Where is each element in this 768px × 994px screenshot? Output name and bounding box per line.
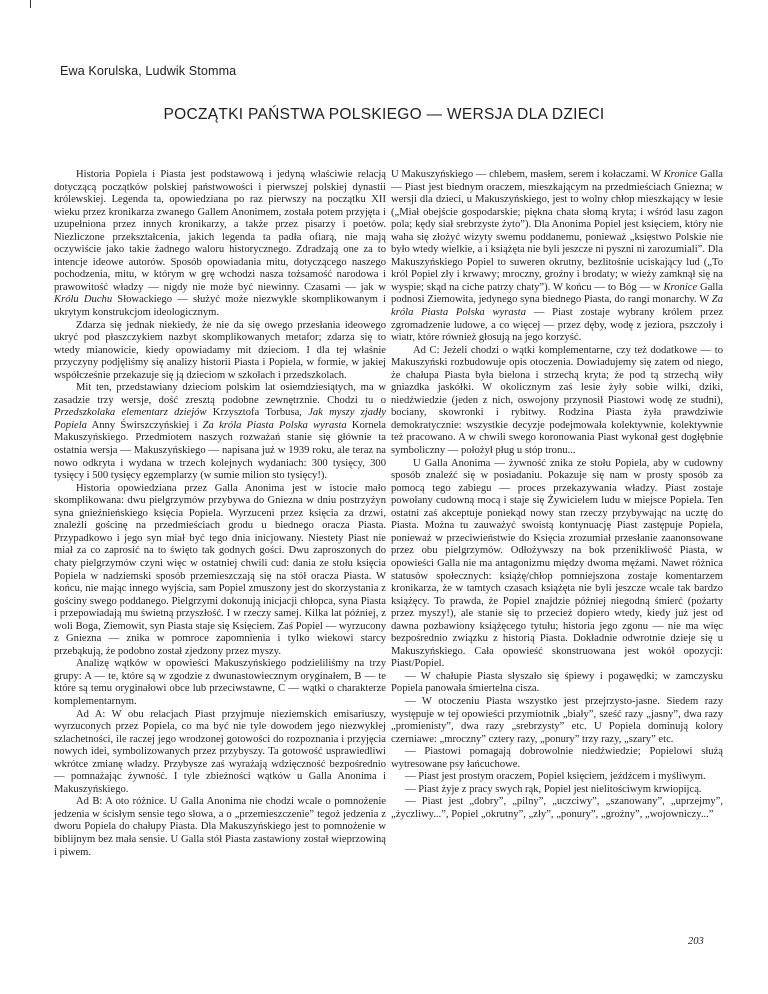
page-edge-mark <box>30 0 31 8</box>
right-column: U Makuszyńskiego — chlebem, masłem, sere… <box>391 169 723 821</box>
paragraph: Ad A: W obu relacjach Piast przyjmuje ni… <box>54 709 386 797</box>
paragraph: — W chałupie Piasta słyszało się śpiewy … <box>391 671 723 696</box>
paragraph: — W otoczeniu Piasta wszystko jest przej… <box>391 696 723 746</box>
italic-title: Kronice <box>664 169 698 180</box>
page-number: 203 <box>688 936 704 947</box>
italic-title: Za króla Piasta Polska wyrasta <box>203 420 347 431</box>
paragraph: U Makuszyńskiego — chlebem, masłem, sere… <box>391 169 723 345</box>
article-authors: Ewa Korulska, Ludwik Stomma <box>60 64 236 78</box>
italic-title: Przedszkolaka elementarz dziejów <box>54 407 207 418</box>
paragraph: Ad B: A oto różnice. U Galla Anonima nie… <box>54 796 386 859</box>
paragraph: Historia opowiedziana przez Galla Anonim… <box>54 483 386 659</box>
paragraph: — Piast jest „dobry”, „pilny”, „uczciwy”… <box>391 796 723 821</box>
italic-title: Królu Duchu <box>54 294 112 305</box>
paragraph: Mit ten, przedstawiany dzieciom polskim … <box>54 382 386 482</box>
paragraph: Analizę wątków w opowieści Makuszyńskieg… <box>54 658 386 708</box>
left-column: Historia Popiela i Piasta jest podstawow… <box>54 169 386 859</box>
paragraph: Ad C: Jeżeli chodzi o wątki komplementar… <box>391 345 723 458</box>
paragraph: — Piast żyje z pracy swych rąk, Popiel j… <box>391 784 723 797</box>
paragraph: Historia Popiela i Piasta jest podstawow… <box>54 169 386 320</box>
italic-title: Kronice <box>663 282 697 293</box>
paragraph: — Piast jest prostym oraczem, Popiel ksi… <box>391 771 723 784</box>
paragraph: Zdarza się jednak niekiedy, że nie da si… <box>54 320 386 383</box>
paragraph: U Galla Anonima — żywność znika ze stołu… <box>391 458 723 671</box>
paragraph: — Piastowi pomagają dobrowolnie niedźwie… <box>391 746 723 771</box>
article-title: POCZĄTKI PAŃSTWA POLSKIEGO — WERSJA DLA … <box>0 106 768 124</box>
